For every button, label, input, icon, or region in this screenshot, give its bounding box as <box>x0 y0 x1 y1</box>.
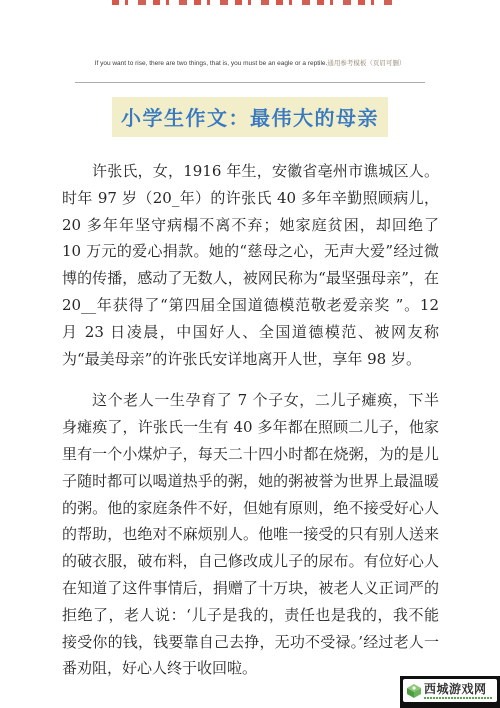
logo-text-column: 西城游戏网 <box>424 683 492 699</box>
header-quote-en: If you want to rise, there are two thing… <box>95 60 328 67</box>
clipped-red-header-marks <box>112 0 392 5</box>
header-divider <box>75 82 425 83</box>
paragraph: 许张氏，女，1916 年生，安徽省亳州市谯城区人。时年 97 岁（20_年）的许… <box>62 158 439 372</box>
page-title: 小学生作文：最伟大的母亲 <box>112 97 388 137</box>
title-wrap: 小学生作文：最伟大的母亲 <box>0 97 500 137</box>
watermark-corner: 西城游戏网 <box>400 676 500 708</box>
site-logo: 西城游戏网 <box>403 679 497 702</box>
article-body: 许张氏，女，1916 年生，安徽省亳州市谯城区人。时年 97 岁（20_年）的许… <box>62 158 439 697</box>
cube-logo-icon <box>406 683 422 699</box>
site-name: 西城游戏网 <box>424 683 492 695</box>
document-page: { "header": { "quote_en": "If you want t… <box>0 0 500 708</box>
paragraph: 这个老人一生孕育了 7 个子女，二儿子瘫痪，下半身瘫痪了，许张氏一生有 40 多… <box>62 387 439 682</box>
logo-subtext-bar <box>424 697 492 699</box>
header-template-note: 通用参考模板（页眉可删） <box>327 60 405 67</box>
header-quote-line: If you want to rise, there are two thing… <box>0 58 500 67</box>
